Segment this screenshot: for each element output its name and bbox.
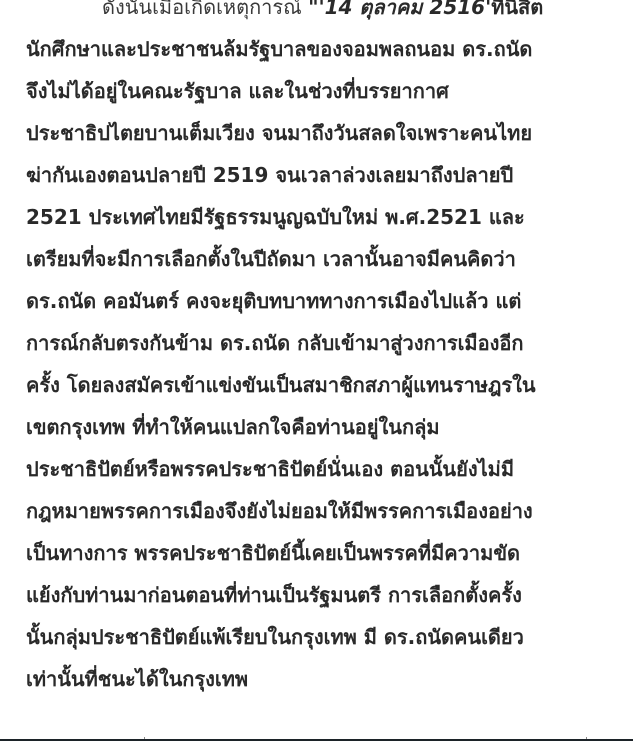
paragraph-line: ดร.ถนัด คอมันตร์ คงจะยุติบทบาททางการเมือ… xyxy=(26,280,633,322)
lead-text: ดังนั้นเมื่อเกิดเหตุการณ์ xyxy=(102,0,308,19)
first-line-tail: ที่นิสิต xyxy=(491,0,543,19)
paragraph-line: เป็นทางการ พรรคประชาธิปัตย์นี้เคยเป็นพรร… xyxy=(26,532,633,574)
divider-tick xyxy=(586,737,587,739)
divider-tick xyxy=(144,737,145,739)
paragraph-line-first: ดังนั้นเมื่อเกิดเหตุการณ์ "'14 ตุลาคม 25… xyxy=(26,0,633,28)
paragraph-line: กฎหมายพรรคการเมืองจึงยังไม่ยอมให้มีพรรคก… xyxy=(26,490,633,532)
paragraph-line: ครั้ง โดยลงสมัครเข้าแข่งขันเป็นสมาชิกสภา… xyxy=(26,364,633,406)
paragraph-line: ประชาธิปไตยบานเต็มเวียง จนมาถึงวันสลดใจเ… xyxy=(26,112,633,154)
paragraph-line: การณ์กลับตรงกันข้าม ดร.ถนัด กลับเข้ามาสู… xyxy=(26,322,633,364)
paragraph-line: แย้งกับท่านมาก่อนตอนที่ท่านเป็นรัฐมนตรี … xyxy=(26,574,633,616)
document-body: ดังนั้นเมื่อเกิดเหตุการณ์ "'14 ตุลาคม 25… xyxy=(0,0,633,700)
paragraph-line: 2521 ประเทศไทยมีรัฐธรรมนูญฉบับใหม่ พ.ศ.2… xyxy=(26,196,633,238)
paragraph-line: เขตกรุงเทพ ที่ทำให้คนแปลกใจคือท่านอยู่ใน… xyxy=(26,406,633,448)
quoted-event-name: "'14 ตุลาคม 2516' xyxy=(308,0,491,19)
paragraph-line: จึงไม่ได้อยู่ในคณะรัฐบาล และในช่วงที่บรร… xyxy=(26,70,633,112)
article-paragraph: ดังนั้นเมื่อเกิดเหตุการณ์ "'14 ตุลาคม 25… xyxy=(0,0,633,700)
paragraph-line: เท่านั้นที่ชนะได้ในกรุงเทพ xyxy=(26,658,633,700)
paragraph-line: ประชาธิปัตย์หรือพรรคประชาธิปัตย์นั่นเอง … xyxy=(26,448,633,490)
paragraph-line: ฆ่ากันเองตอนปลายปี 2519 จนเวลาล่วงเลยมาถ… xyxy=(26,154,633,196)
paragraph-line: เตรียมที่จะมีการเลือกตั้งในปีถัดมา เวลาน… xyxy=(26,238,633,280)
paragraph-line: นั้นกลุ่มประชาธิปัตย์แพ้เรียบในกรุงเทพ ม… xyxy=(26,616,633,658)
paragraph-line: นักศึกษาและประชาชนล้มรัฐบาลของจอมพลถนอม … xyxy=(26,28,633,70)
